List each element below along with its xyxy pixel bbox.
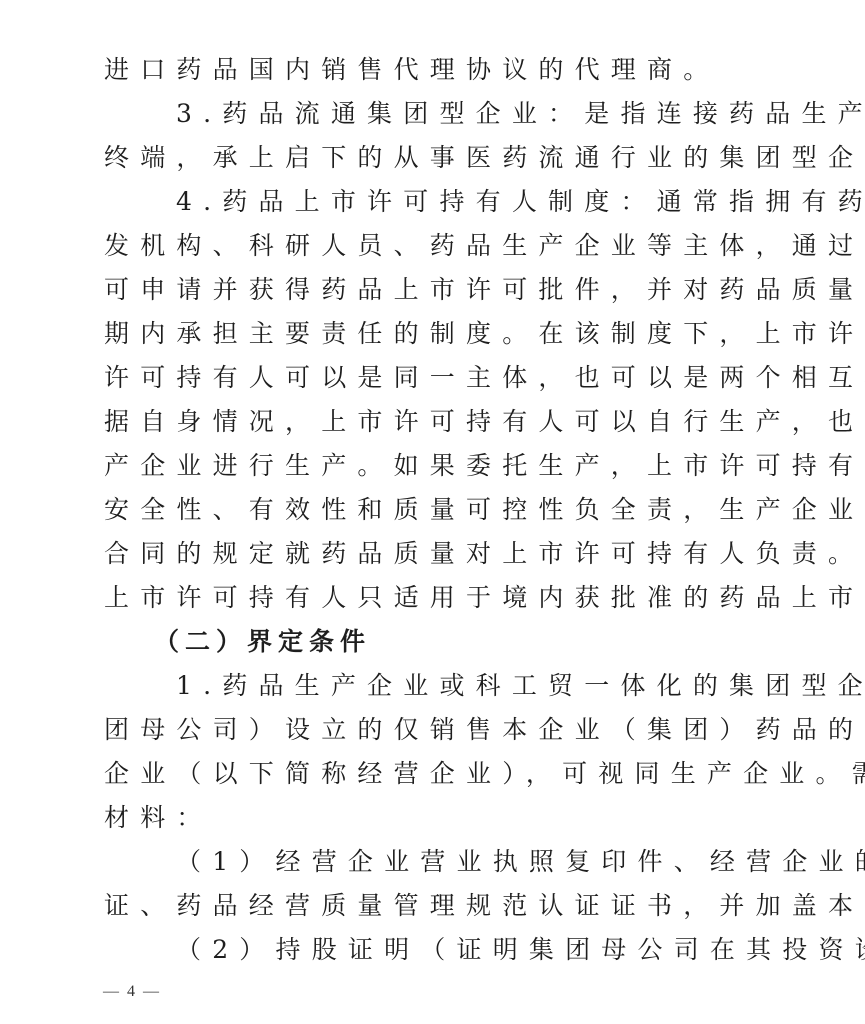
text-line: 3.药品流通集团型企业：是指连接药品生产企业和药品销售 xyxy=(104,92,764,136)
text-line: 合同的规定就药品质量对上市许可持有人负责。本通知所指药品 xyxy=(104,532,764,576)
text-line: 终端，承上启下的从事医药流通行业的集团型企业。 xyxy=(104,136,764,180)
text-line: 团母公司）设立的仅销售本企业（集团）药品的全资或控股商业 xyxy=(104,708,764,752)
document-page: 进口药品国内销售代理协议的代理商。 3.药品流通集团型企业：是指连接药品生产企业… xyxy=(104,48,764,972)
text-line: 企业（以下简称经营企业），可视同生产企业。需提供以下证明 xyxy=(104,752,764,796)
text-line: （2）持股证明（证明集团母公司在其投资设立的经营企业 xyxy=(104,928,764,972)
text-line: 4.药品上市许可持有人制度：通常指拥有药品技术的药品研 xyxy=(104,180,764,224)
text-line: 材料： xyxy=(104,796,764,840)
text-line: （1）经营企业营业执照复印件、经营企业的药品经营许可 xyxy=(104,840,764,884)
page-number: — 4 — xyxy=(103,983,161,1001)
text-line: 证、药品经营质量管理规范认证证书，并加盖本公司印章。 xyxy=(104,884,764,928)
text-line: 安全性、有效性和质量可控性负全责，生产企业则依照委托生产 xyxy=(104,488,764,532)
text-line: 进口药品国内销售代理协议的代理商。 xyxy=(104,48,764,92)
text-line: 上市许可持有人只适用于境内获批准的药品上市许可持有人。 xyxy=(104,576,764,620)
section-heading: （二）界定条件 xyxy=(104,620,764,664)
text-line: 可申请并获得药品上市许可批件，并对药品质量在其整个生命周 xyxy=(104,268,764,312)
text-line: 许可持有人可以是同一主体，也可以是两个相互独立的主体。根 xyxy=(104,356,764,400)
text-line: 期内承担主要责任的制度。在该制度下，上市许可持有人和生产 xyxy=(104,312,764,356)
text-line: 发机构、科研人员、药品生产企业等主体，通过提出药品上市许 xyxy=(104,224,764,268)
text-line: 据自身情况，上市许可持有人可以自行生产，也可以委托其他生 xyxy=(104,400,764,444)
text-line: 产企业进行生产。如果委托生产，上市许可持有人依法对药品的 xyxy=(104,444,764,488)
text-line: 1.药品生产企业或科工贸一体化的集团型企业（以下简称集 xyxy=(104,664,764,708)
